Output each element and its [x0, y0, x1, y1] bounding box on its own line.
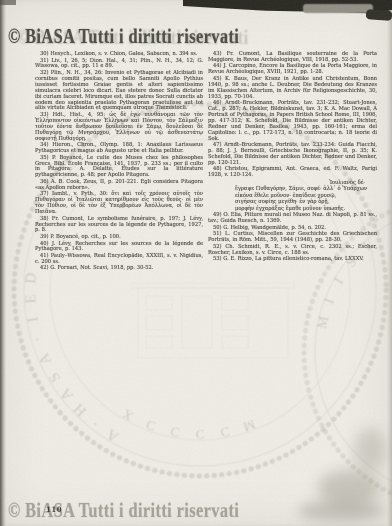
- svg-text:Ɔ: Ɔ: [219, 424, 230, 440]
- footnote: 31) Liv., I, 26, 5; Dion. Hal., 4, 31; P…: [35, 59, 203, 71]
- footnotes-column-left: 30) Hesych., Lexikon, s. v. Chion, Galea…: [35, 52, 203, 273]
- copyright-watermark-top: © BiASA Tutti i diritti riservati: [8, 24, 239, 49]
- footnote: 40) J. Lévy, Recherches sur les sources …: [35, 242, 203, 254]
- svg-text:M: M: [241, 417, 257, 435]
- footnote: 32) Plin., N. H., 34, 26: Invenio et Pyt…: [35, 71, 203, 112]
- copyright-watermark-bottom: © BiASA Tutti i diritti riservati: [8, 498, 239, 523]
- svg-text:D: D: [23, 272, 40, 284]
- footnote: 37) Iambl., v. Pyth., 30: ὅτι καὶ τοῖς χ…: [35, 192, 203, 216]
- footnote: 44) J. Carcopino, Encore la Basilique de…: [208, 64, 377, 76]
- scan-edge-shadow-left: [0, 0, 6, 526]
- svg-text:I: I: [25, 315, 42, 323]
- footnote: 33) Hdt., Hist., 4, 95: ὡς δὲ ἐγὼ πυνθάν…: [35, 113, 203, 143]
- scan-artifact-corner: [0, 0, 16, 5]
- svg-text:I: I: [332, 275, 347, 287]
- footnote: 45) K. Baus, Der Kranz in Antike und Chr…: [208, 77, 377, 101]
- footnote: 36) A. B. Cook, Zeus, II, p. 201-221. Eg…: [35, 180, 203, 192]
- footnote: 49) O. Elia, Pitture murali nel Museo Na…: [208, 213, 377, 225]
- footnote: 47) Arndt–Bruckmann, Porträts, tav. 233-…: [208, 143, 377, 167]
- svg-text:S: S: [46, 369, 64, 384]
- svg-text:·: ·: [30, 335, 47, 344]
- scan-artifact-gray-patch: [303, 4, 373, 13]
- footnote: 52) Ch. Schmidt, R. E., s. v. Circe, c. …: [208, 245, 377, 257]
- scan-edge-shadow-right: [387, 0, 392, 526]
- scan-noise-blob: [354, 428, 386, 472]
- svg-text:X: X: [119, 406, 135, 424]
- svg-text:E: E: [23, 294, 39, 304]
- svg-text:M: M: [315, 314, 332, 330]
- svg-text:Ɔ: Ɔ: [195, 427, 204, 442]
- footnote: 48) Christou, Epigrammi, Ant. Graeca, ed…: [208, 167, 377, 179]
- svg-text:Ɔ: Ɔ: [169, 424, 180, 440]
- svg-text:I: I: [322, 296, 338, 306]
- svg-text:A: A: [36, 350, 55, 367]
- svg-text:H: H: [71, 400, 90, 419]
- footnote: 53) G. E. Rizzo, La pittura ellenistico-…: [208, 257, 377, 263]
- svg-text:Ɔ: Ɔ: [144, 417, 158, 434]
- footnotes-column-right: 43) Fr. Cumont, La Basilique souterraine…: [208, 52, 377, 264]
- scan-noise-blob: [298, 500, 384, 522]
- footnote: 34) Hieron., Chron., Olymp. 188, 1: Anax…: [35, 143, 203, 155]
- footnote: 38) Fr. Cumont, Le symbolisme funéraire,…: [35, 217, 203, 235]
- scan-artifact-tail: [366, 9, 392, 21]
- footnote: 42) G. Fornari, Not. Scavi, 1918, pp. 30…: [35, 266, 203, 272]
- stamp-building-sketch: [132, 283, 294, 358]
- scanned-page: DEI·ASAH·AXƆƆƆƆMISIIM © BiASA Tutti i di…: [0, 0, 392, 526]
- svg-text:A: A: [57, 385, 76, 404]
- svg-text:A: A: [104, 425, 122, 444]
- page-number: 110: [46, 505, 62, 514]
- footnote: 51) L. Curtius, Miscellen zur Geschichte…: [208, 232, 377, 244]
- svg-text:·: ·: [89, 415, 103, 431]
- footnote: 35) P. Boyancé, Le culte des Muses chez …: [35, 156, 203, 180]
- footnote: 46) Arndt–Bruckmann, Porträts, tav. 231-…: [208, 101, 377, 142]
